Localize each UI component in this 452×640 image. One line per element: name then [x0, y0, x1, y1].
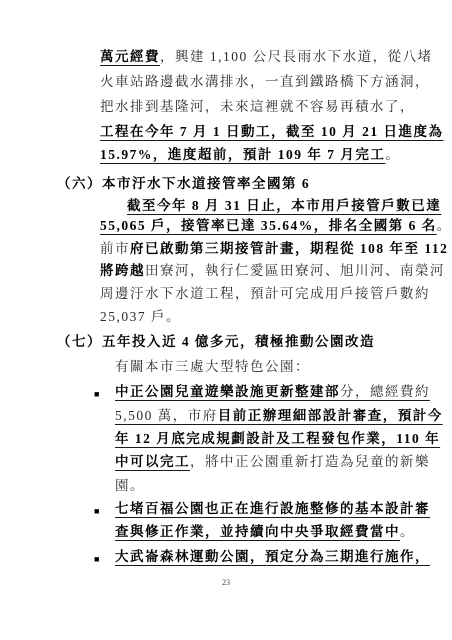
text-run: 中正公園兒童遊樂設施更新整建部 [115, 384, 340, 399]
text-run: 15.97%，進度超前，預計 109 年 7 月完工 [100, 147, 385, 162]
text-run: ，將中正公園重新打造為兒童的新樂 [190, 454, 430, 469]
text-run: 截至今年 8 月 31 日止，本市用戶接管戶數已達 [127, 198, 441, 213]
bullet-square-icon: ■ [94, 550, 99, 568]
text-line: 周邊汙水下水道工程，預計可完成用戶接管戶數約 [100, 285, 430, 303]
text-line: 將跨越田寮河，執行仁愛區田寮河、旭川河、南榮河 [100, 262, 445, 280]
text-run: 有關本市三處大型特色公園： [115, 359, 310, 374]
text-line: 截至今年 8 月 31 日止，本市用戶接管戶數已達 [127, 197, 441, 215]
text-run: 工程在今年 7 月 1 日動工，截至 10 月 21 日進度為 [100, 124, 444, 139]
text-line: ■七堵百福公園也正在進行設施整修的基本設計審 [115, 500, 430, 518]
text-run: 55,065 戶，接管率已達 35.64%，排名全國第 6 名 [100, 218, 437, 233]
text-run: 七堵百福公園也正在進行設施整修的基本設計審 [115, 501, 430, 516]
text-line: 火車站路邊截水溝排水，一直到鐵路橋下方涵洞， [100, 73, 430, 91]
text-run: 田寮河，執行仁愛區田寮河、旭川河、南榮河 [145, 263, 445, 278]
text-run: 府已啟動第三期接管計畫，期程從 108 年至 112 年 [130, 241, 452, 256]
text-run: 目前正辦理細部設計審查，預計今 [218, 408, 443, 423]
text-run: 中可以完工 [115, 454, 190, 469]
text-run: 年 12 月底完成規劃設計及工程發包作業，110 年 [115, 431, 440, 446]
text-run: 25,037 戶。 [100, 309, 181, 324]
text-run: 園。 [115, 478, 145, 493]
text-run: （七）五年投入近 4 億多元，積極推動公園改造 [57, 334, 375, 349]
text-line: 有關本市三處大型特色公園： [115, 358, 310, 376]
text-run: 5,500 萬，市府 [115, 408, 218, 423]
section-heading-6: （六）本市汙水下水道接管率全國第 6 [57, 175, 310, 193]
text-run: 。目 [437, 218, 452, 233]
page-number: 23 [0, 578, 452, 587]
text-run: 萬元經費 [100, 49, 160, 64]
text-run: ，興建 1,100 公尺長雨水下水道，從八堵 [160, 49, 433, 64]
text-run: 將跨越 [100, 263, 145, 278]
text-run: （六）本市汙水下水道接管率全國第 6 [57, 176, 310, 191]
text-run: 查與修正作業，並持續向中央爭取經費當中 [115, 524, 400, 539]
text-line: 中可以完工，將中正公園重新打造為兒童的新樂 [115, 453, 430, 471]
text-run: 前市 [100, 241, 130, 256]
text-line: 25,037 戶。 [100, 308, 181, 326]
text-line: 園。 [115, 477, 145, 495]
text-run: 周邊汙水下水道工程，預計可完成用戶接管戶數約 [100, 286, 430, 301]
text-run: 分，總經費約 [340, 384, 430, 399]
text-line: 5,500 萬，市府目前正辦理細部設計審查，預計今 [115, 407, 443, 425]
document-page: 23 萬元經費，興建 1,100 公尺長雨水下水道，從八堵火車站路邊截水溝排水，… [0, 0, 452, 640]
text-line: ■中正公園兒童遊樂設施更新整建部分，總經費約 [115, 383, 430, 401]
text-run: 大武崙森林運動公園，預定分為三期進行施作， [115, 549, 430, 564]
text-line: 查與修正作業，並持續向中央爭取經費當中。 [115, 523, 415, 541]
bullet-square-icon: ■ [94, 385, 99, 403]
text-run: 。 [385, 147, 400, 162]
text-line: 55,065 戶，接管率已達 35.64%，排名全國第 6 名。目 [100, 217, 452, 235]
text-run: 把水排到基隆河，未來這裡就不容易再積水了， [100, 99, 415, 114]
text-run: 火車站路邊截水溝排水，一直到鐵路橋下方涵洞， [100, 74, 430, 89]
bullet-square-icon: ■ [94, 502, 99, 520]
text-run: 。 [400, 524, 415, 539]
text-line: 工程在今年 7 月 1 日動工，截至 10 月 21 日進度為 [100, 123, 444, 141]
text-line: 年 12 月底完成規劃設計及工程發包作業，110 年 [115, 430, 440, 448]
text-line: 15.97%，進度超前，預計 109 年 7 月完工。 [100, 146, 400, 164]
text-line: 把水排到基隆河，未來這裡就不容易再積水了， [100, 98, 415, 116]
text-line: 萬元經費，興建 1,100 公尺長雨水下水道，從八堵 [100, 48, 433, 66]
text-line: 前市府已啟動第三期接管計畫，期程從 108 年至 112 年 [100, 240, 452, 258]
text-line: ■大武崙森林運動公園，預定分為三期進行施作， [115, 548, 430, 566]
section-heading-7: （七）五年投入近 4 億多元，積極推動公園改造 [57, 333, 375, 351]
